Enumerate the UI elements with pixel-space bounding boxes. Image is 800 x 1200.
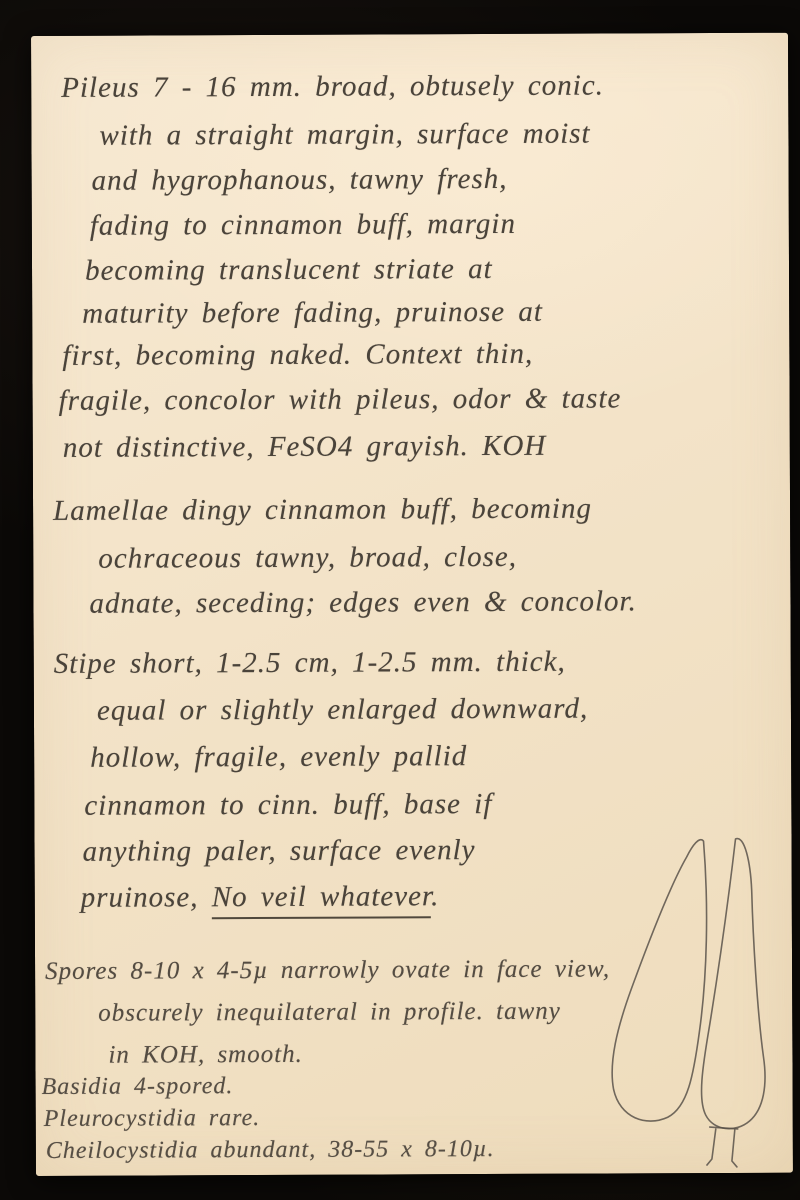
note-line: in KOH, smooth. bbox=[108, 1041, 303, 1070]
note-line: with a straight margin, surface moist bbox=[99, 118, 590, 153]
note-line-part: . bbox=[431, 880, 439, 912]
note-line: Lamellae dingy cinnamon buff, becoming bbox=[53, 493, 592, 528]
photo-background: Pileus 7 - 16 mm. broad, obtusely conic.… bbox=[0, 0, 800, 1200]
note-line: equal or slightly enlarged downward, bbox=[97, 693, 588, 728]
cystidia-sketch bbox=[594, 815, 800, 1188]
note-line: not distinctive, FeSO4 grayish. KOH bbox=[63, 430, 547, 465]
note-line: becoming translucent striate at bbox=[85, 253, 493, 288]
note-line: anything paler, surface evenly bbox=[82, 834, 475, 869]
note-line: first, becoming naked. Context thin, bbox=[62, 338, 533, 373]
note-line: cinnamon to cinn. buff, base if bbox=[84, 788, 492, 823]
note-card: Pileus 7 - 16 mm. broad, obtusely conic.… bbox=[31, 33, 793, 1176]
note-line: maturity before fading, pruinose at bbox=[82, 296, 543, 331]
note-line: Basidia 4-spored. bbox=[42, 1073, 234, 1101]
note-line: Spores 8-10 x 4-5µ narrowly ovate in fac… bbox=[45, 955, 610, 985]
note-line: hollow, fragile, evenly pallid bbox=[90, 740, 467, 775]
note-line: ochraceous tawny, broad, close, bbox=[98, 541, 517, 576]
note-line: Stipe short, 1-2.5 cm, 1-2.5 mm. thick, bbox=[54, 646, 566, 681]
note-line: Cheilocystidia abundant, 38-55 x 8-10µ. bbox=[46, 1136, 495, 1165]
note-line: Pleurocystidia rare. bbox=[44, 1105, 261, 1133]
note-line-part: pruinose, bbox=[81, 881, 212, 914]
note-line: fragile, concolor with pileus, odor & ta… bbox=[59, 382, 622, 417]
no-veil-underlined-text: No veil whatever bbox=[212, 880, 431, 919]
note-line: pruinose, No veil whatever. bbox=[81, 880, 440, 915]
note-line: Pileus 7 - 16 mm. broad, obtusely conic. bbox=[61, 70, 604, 105]
note-line: and hygrophanous, tawny fresh, bbox=[92, 163, 508, 198]
note-line: obscurely inequilateral in profile. tawn… bbox=[98, 998, 561, 1028]
note-line: fading to cinnamon buff, margin bbox=[90, 208, 516, 243]
note-line: adnate, seceding; edges even & concolor. bbox=[89, 585, 637, 620]
